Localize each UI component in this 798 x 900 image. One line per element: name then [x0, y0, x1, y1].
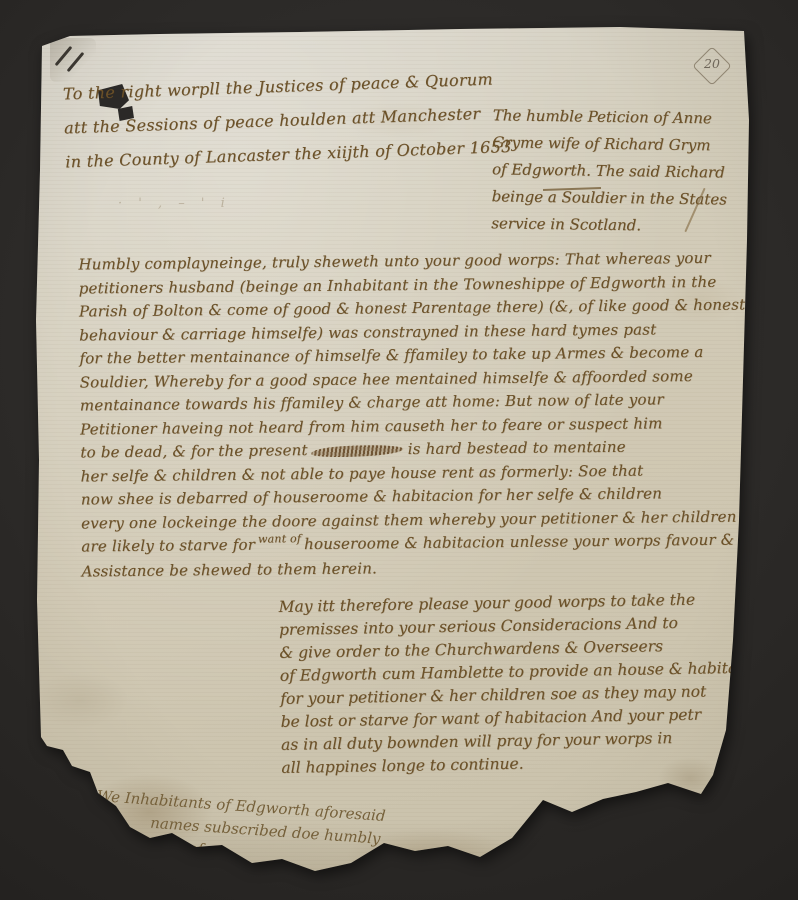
page-number: 20 — [692, 56, 732, 71]
body-line-text: are likely to starve for — [81, 536, 255, 556]
title-line: service in Scotland. — [491, 210, 741, 240]
crossed-out-word — [312, 443, 404, 457]
body-line-text: is hard bestead to mentaine — [408, 438, 626, 458]
petition-title-block: The humble Peticion of Anne Gryme wife o… — [491, 102, 743, 240]
petition-body: Humbly complayneinge, truly sheweth unto… — [78, 247, 741, 584]
body-line-text: houseroome & habitacion unlesse your wor… — [304, 531, 734, 554]
title-line: Gryme wife of Richard Grym — [492, 129, 742, 159]
manuscript-paper: 20 To the right worpll the Justices of p… — [0, 0, 798, 900]
manuscript-photograph: 20 To the right worpll the Justices of p… — [0, 0, 798, 900]
faded-show-through-marks: · ' , – ' i — [118, 196, 231, 211]
archive-page-number-stamp: 20 — [692, 46, 732, 86]
body-line-text: to be dead, & for the present — [80, 441, 308, 461]
address-heading: To the right worpll the Justices of peac… — [62, 63, 495, 180]
interlinear-insertion: want of — [258, 532, 301, 545]
paper-sheet-wrapper: 20 To the right worpll the Justices of p… — [0, 0, 798, 900]
title-line: The humble Peticion of Anne — [493, 102, 743, 132]
title-line: of Edgworth. The said Richard — [492, 156, 742, 186]
prayer-clause: May itt therefore please your good worps… — [278, 588, 731, 780]
